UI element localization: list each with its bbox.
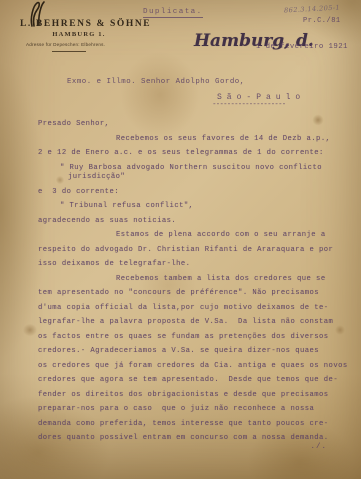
recipient-name-line: Exmo. e Illmo. Senhor Adolpho Gordo, — [67, 78, 245, 86]
recipient-city-underline: -------------------- — [213, 99, 286, 108]
body-line: credores que agora se tem apresentado. D… — [38, 373, 356, 388]
duplicata-stamp: Duplicata. — [143, 8, 203, 18]
file-reference: Pr.C./81 — [303, 17, 341, 25]
letterhead-rule — [52, 51, 86, 52]
body-line: isso deixamos de telegrafar-lhe. — [38, 257, 356, 272]
letterhead-telegram-address: Adresse für Depeschen: Elbehrens. — [26, 42, 105, 47]
letterhead-city: HAMBURG 1. — [20, 31, 138, 38]
body-line: tem apresentado no "concours de préféren… — [38, 286, 356, 301]
body-line: Recebemos tambem a lista dos credores qu… — [38, 272, 356, 287]
body-line: os credores que já foram credores da Cia… — [38, 359, 356, 374]
body-line: credores.- Agradeceriamos a V.Sa. se que… — [38, 344, 356, 359]
body-line: Presado Senhor, — [38, 117, 356, 132]
continuation-mark: ./. — [310, 443, 327, 451]
letter-body: Presado Senhor,Recebemos os seus favores… — [38, 117, 356, 446]
body-line: d'uma copia official da lista,por cujo m… — [38, 301, 356, 316]
body-line: e 3 do corrente: — [38, 185, 356, 200]
body-line: dores quanto possivel entram em concurso… — [38, 431, 356, 446]
body-line: os factos entre os quaes se fundam as pr… — [38, 330, 356, 345]
body-line: Recebemos os seus favores de 14 de Dezb … — [38, 132, 356, 147]
body-line: demanda como preferida, temos interesse … — [38, 417, 356, 432]
body-line: legrafar-lhe a palavra proposta de V.Sa.… — [38, 315, 356, 330]
body-line: " Tribunal refusa conflict", — [38, 199, 356, 214]
body-line: preparar-nos para o caso que o juiz não … — [38, 402, 356, 417]
body-line: fender os direitos dos obrigacionistas e… — [38, 388, 356, 403]
dateline-typed: 1 de fevereiro 1921 — [256, 43, 348, 51]
body-line: respeito do advogado Dr. Christian Rifan… — [38, 243, 356, 258]
body-line: 2 e 12 de Enero a.c. e os seus telegramm… — [38, 146, 356, 161]
archive-reference-handwritten: 862.3.14.205-1 — [284, 4, 340, 15]
letterhead-company: L. BEHRENS & SÖHNE — [20, 19, 151, 29]
letter-page: L. BEHRENS & SÖHNE HAMBURG 1. Adresse fü… — [0, 0, 361, 479]
body-line: agradecendo as suas noticias. — [38, 214, 356, 229]
body-line: Estamos de plena accordo com o seu arran… — [38, 228, 356, 243]
